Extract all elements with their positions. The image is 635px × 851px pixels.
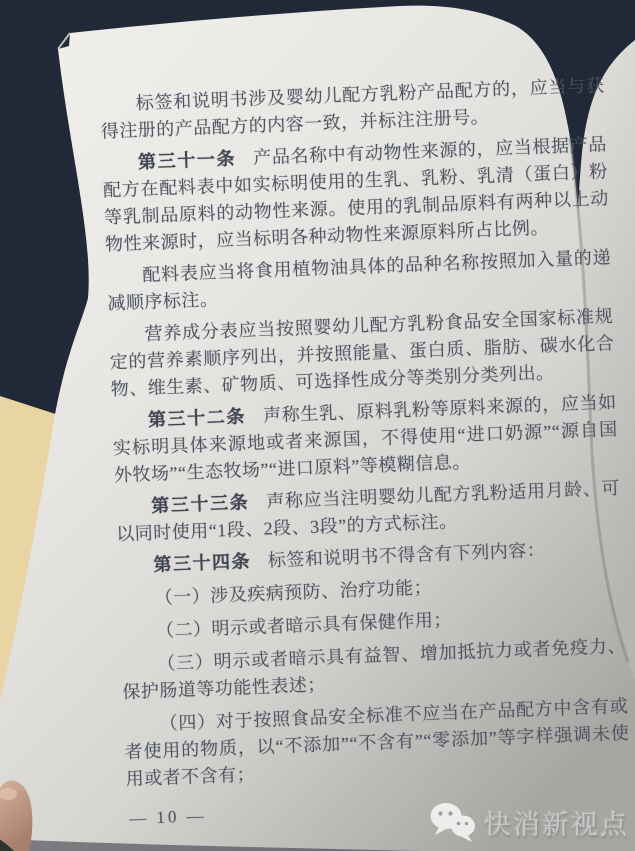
photo-of-document-page: 标签和说明书涉及婴幼儿配方乳粉产品配方的，应当与获得注册的产品配方的内容一致，并… [0, 0, 635, 851]
document-body: 标签和说明书涉及婴幼儿配方乳粉产品配方的，应当与获得注册的产品配方的内容一致，并… [99, 72, 632, 832]
paragraph-text: （四）对于按照食品安全标准不应当在产品配方中含有或者使用的物质，以“不添加”“不… [124, 696, 629, 789]
watermark: 快消新视点 [429, 801, 629, 843]
document-paragraph: 第三十二条 声称生乳、原料乳粉等原料来源的，应当如实标明具体来源地或者来源国，不… [111, 389, 619, 489]
article-number: 第三十四条 [153, 551, 251, 575]
article-number: 第三十一条 [138, 148, 237, 172]
paragraph-text: （二）明示或者暗示具有保健作用； [156, 610, 453, 641]
article-number: 第三十三条 [151, 492, 250, 516]
article-number: 第三十二条 [148, 406, 247, 430]
document-paragraph: 第三十一条 产品名称中有动物性来源的，应当根据产品配方在配料表中如实标明使用的生… [102, 131, 611, 258]
list-item: （四）对于按照食品安全标准不应当在产品配方中含有或者使用的物质，以“不添加”“不… [123, 693, 631, 793]
paragraph-text: 配料表应当将食用植物油具体的品种名称按照加入量的递减顺序标注。 [107, 247, 611, 313]
watermark-text: 快消新视点 [484, 803, 629, 842]
paragraph-text: （一）涉及疾病预防、治疗功能； [154, 577, 432, 608]
paragraph-text: 营养成分表应当按照婴幼儿配方乳粉食品安全国家标准规定的营养素顺序列出，并按照能量… [109, 306, 614, 399]
paragraph-text: 声称生乳、原料乳粉等原料来源的，应当如实标明具体来源地或者来源国，不得使用“进口… [113, 392, 618, 485]
paragraph-text: （三）明示或者暗示具有益智、增加抵抗力或者免疫力、保护肠道等功能性表述； [122, 636, 626, 702]
wechat-icon [429, 801, 477, 843]
paragraph-text: 标签和说明书不得含有下列内容： [268, 540, 546, 571]
document-paragraph: 营养成分表应当按照婴幼儿配方乳粉食品安全国家标准规定的营养素顺序列出，并按照能量… [108, 303, 616, 403]
